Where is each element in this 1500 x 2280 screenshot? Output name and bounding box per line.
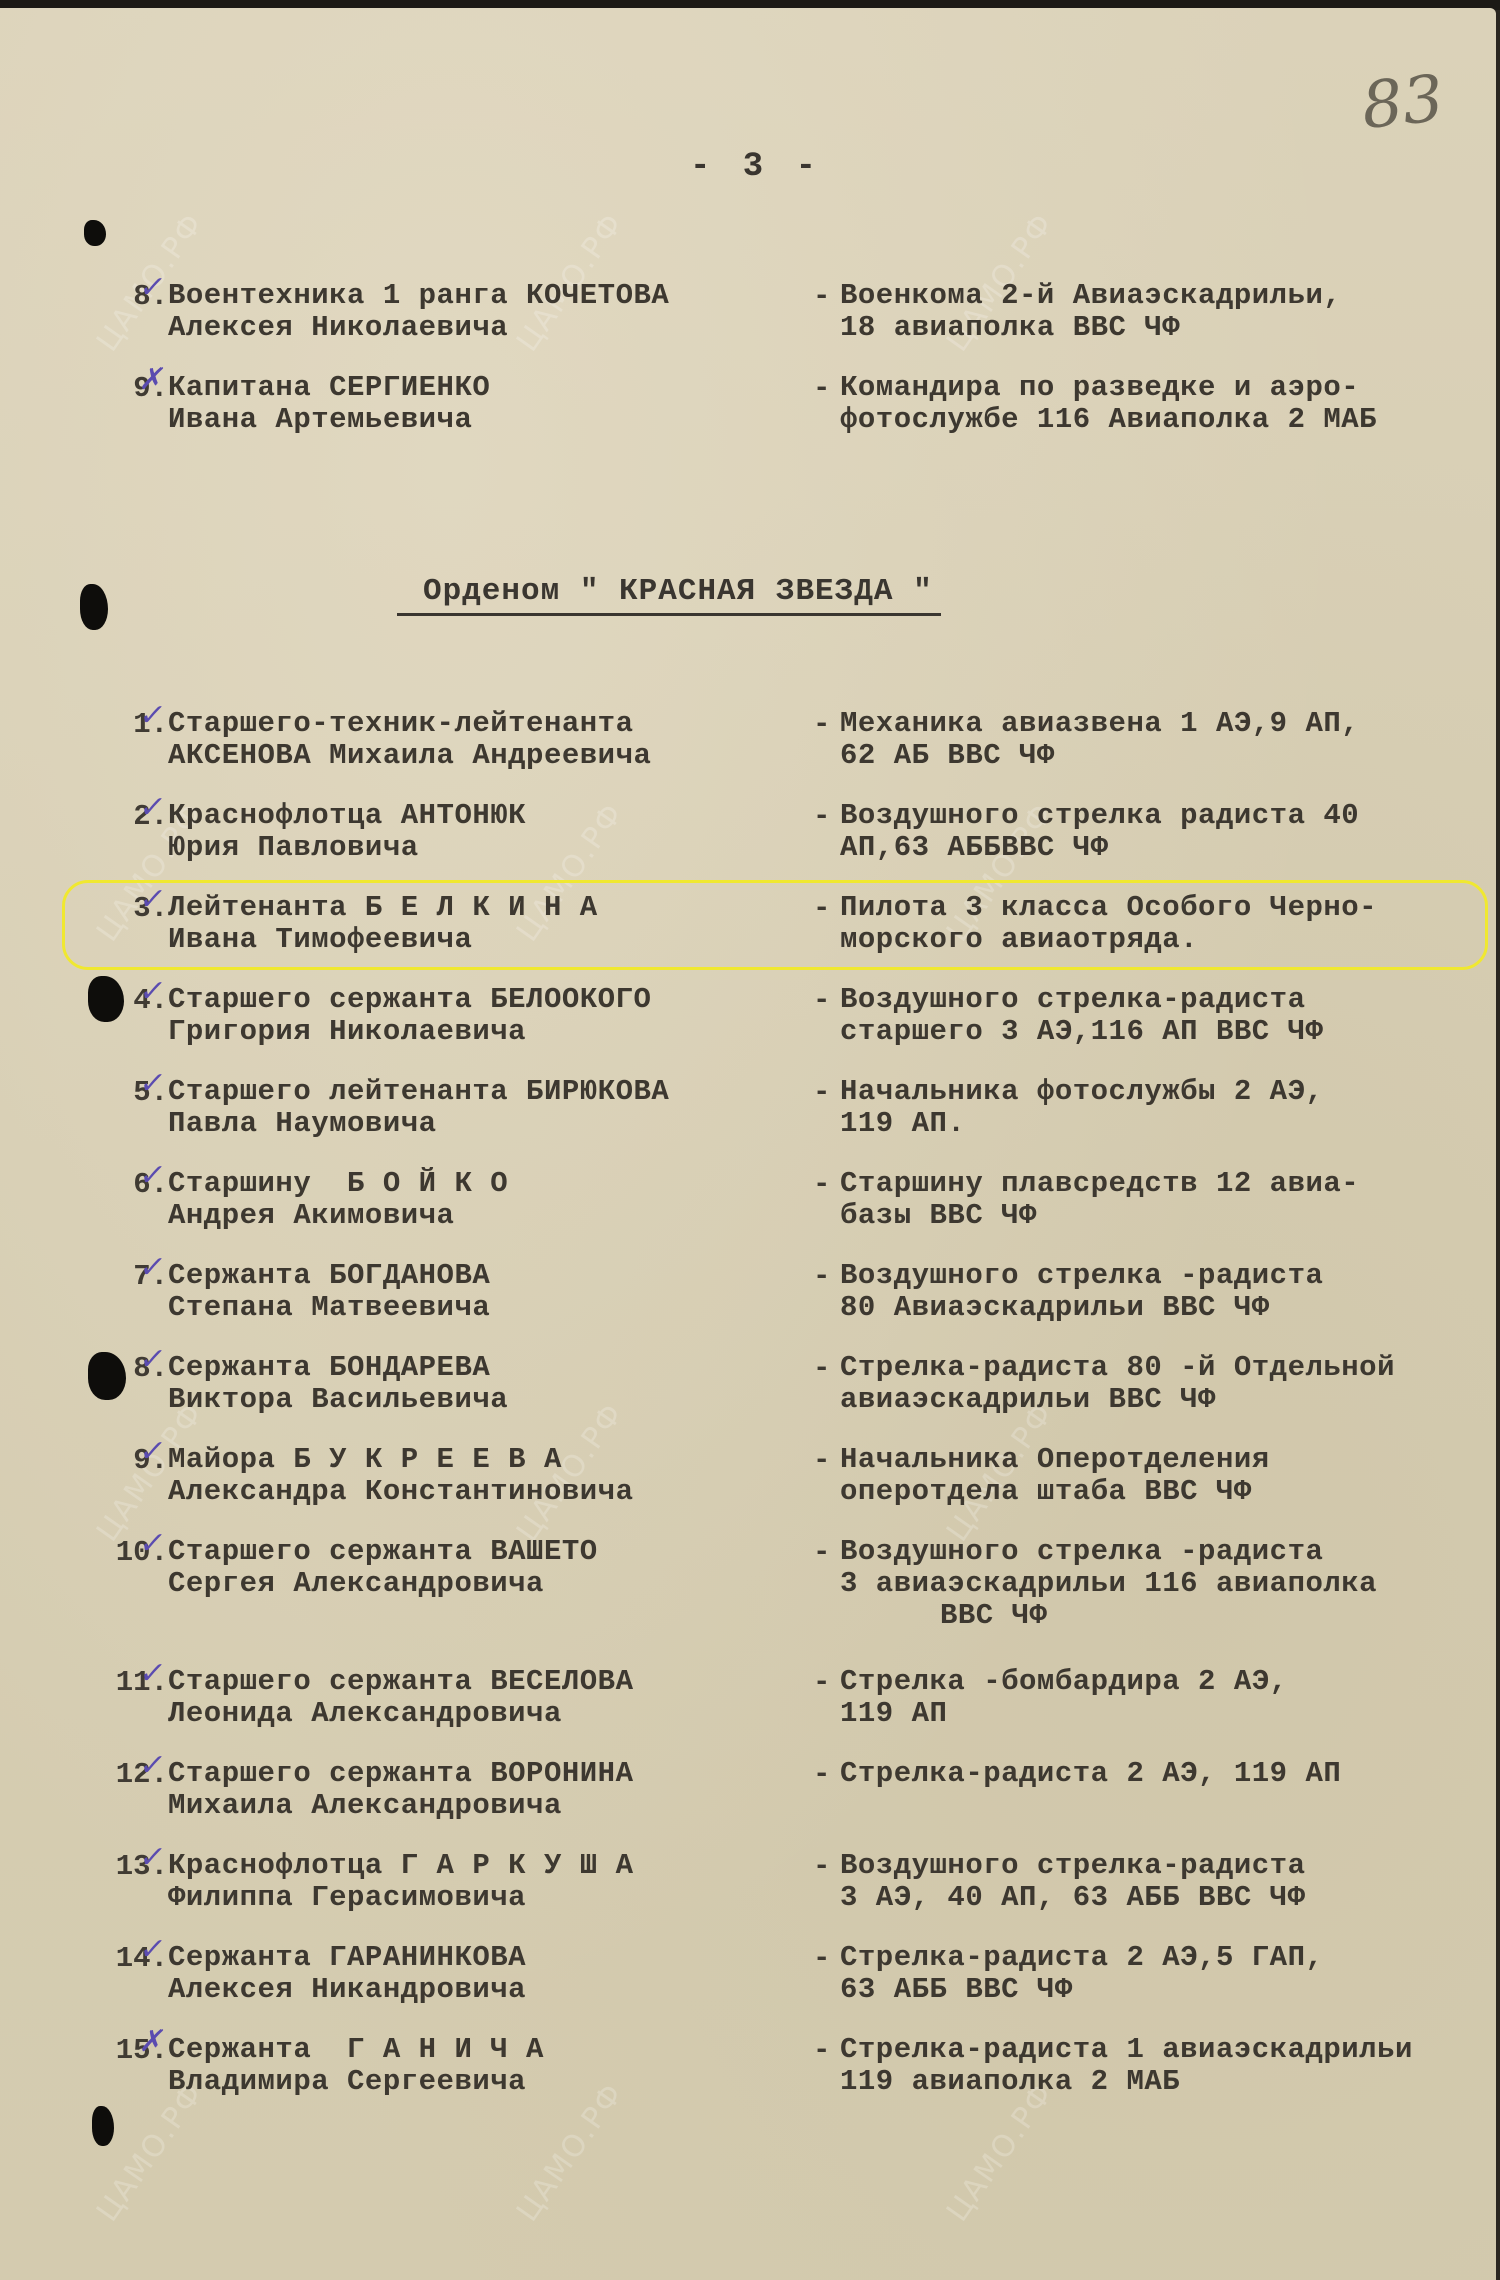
list-item: 9.✓Майора Б У К Р Е Е В А Александра Кон… bbox=[0, 1444, 1500, 1514]
entry-position: Стрелка-радиста 80 -й Отдельной авиаэска… bbox=[840, 1352, 1395, 1416]
separator-dash: - bbox=[813, 984, 830, 1017]
entry-name: Краснофлотца Г А Р К У Ш А Филиппа Герас… bbox=[168, 1850, 633, 1914]
entry-name: Сержанта ГАРАНИНКОВА Алексея Никандрович… bbox=[168, 1942, 526, 2006]
list-item: 12.✓Старшего сержанта ВОРОНИНА Михаила А… bbox=[0, 1758, 1500, 1828]
entry-name: Старшину Б О Й К О Андрея Акимовича bbox=[168, 1168, 508, 1232]
entry-position: Старшину плавсредств 12 авиа- базы ВВС Ч… bbox=[840, 1168, 1359, 1232]
list-item: 1.✓Старшего-техник-лейтенанта АКСЕНОВА М… bbox=[0, 708, 1500, 778]
separator-dash: - bbox=[813, 1076, 830, 1109]
separator-dash: - bbox=[813, 2034, 830, 2067]
list-item: 5.✓Старшего лейтенанта БИРЮКОВА Павла На… bbox=[0, 1076, 1500, 1146]
separator-dash: - bbox=[813, 800, 830, 833]
entry-position: Командира по разведке и аэро- фотослужбе… bbox=[840, 372, 1377, 436]
entry-name: Капитана СЕРГИЕНКО Ивана Артемьевича bbox=[168, 372, 490, 436]
entry-name: Старшего сержанта ВОРОНИНА Михаила Алекс… bbox=[168, 1758, 633, 1822]
entry-position: Механика авиазвена 1 АЭ,9 АП, 62 АБ ВВС … bbox=[840, 708, 1359, 772]
list-item: 3.✓Лейтенанта Б Е Л К И Н А Ивана Тимофе… bbox=[0, 892, 1500, 962]
entry-position: Начальника фотослужбы 2 АЭ, 119 АП. bbox=[840, 1076, 1323, 1140]
list-item: 8. ✓ Воентехника 1 ранга КОЧЕТОВА Алексе… bbox=[0, 280, 1500, 350]
entry-position: Стрелка-радиста 1 авиаэскадрильи 119 ави… bbox=[840, 2034, 1413, 2098]
entry-name: Майора Б У К Р Е Е В А Александра Конста… bbox=[168, 1444, 633, 1508]
list-item: 10.✓Старшего сержанта ВАШЕТО Сергея Алек… bbox=[0, 1536, 1500, 1606]
list-item: 9. ✗ Капитана СЕРГИЕНКО Ивана Артемьевич… bbox=[0, 372, 1500, 442]
separator-dash: - bbox=[813, 1536, 830, 1569]
punch-hole bbox=[92, 2106, 114, 2146]
separator-dash: - bbox=[813, 892, 830, 925]
folio-number: 83 bbox=[1358, 62, 1447, 144]
separator-dash: - bbox=[813, 372, 830, 405]
entry-position: Стрелка-радиста 2 АЭ, 119 АП bbox=[840, 1758, 1341, 1790]
entry-name: Краснофлотца АНТОНЮК Юрия Павловича bbox=[168, 800, 526, 864]
separator-dash: - bbox=[813, 1666, 830, 1699]
list-item: 8.✓Сержанта БОНДАРЕВА Виктора Васильевич… bbox=[0, 1352, 1500, 1422]
entry-name: Старшего сержанта БЕЛООКОГО Григория Ник… bbox=[168, 984, 651, 1048]
entry-position: Стрелка -бомбардира 2 АЭ, 119 АП bbox=[840, 1666, 1288, 1730]
entry-name: Старшего сержанта ВАШЕТО Сергея Александ… bbox=[168, 1536, 598, 1600]
separator-dash: - bbox=[813, 1942, 830, 1975]
entry-name: Воентехника 1 ранга КОЧЕТОВА Алексея Ник… bbox=[168, 280, 669, 344]
entry-name: Старшего сержанта ВЕСЕЛОВА Леонида Алекс… bbox=[168, 1666, 633, 1730]
punch-hole bbox=[84, 220, 106, 246]
separator-dash: - bbox=[813, 1352, 830, 1385]
list-item: 2.✓Краснофлотца АНТОНЮК Юрия Павловича-В… bbox=[0, 800, 1500, 870]
entry-name: Сержанта БОНДАРЕВА Виктора Васильевича bbox=[168, 1352, 508, 1416]
entry-position: Воздушного стрелка-радиста 3 АЭ, 40 АП, … bbox=[840, 1850, 1305, 1914]
list-item: 11.✓Старшего сержанта ВЕСЕЛОВА Леонида А… bbox=[0, 1666, 1500, 1736]
list-item: 7.✓Сержанта БОГДАНОВА Степана Матвеевича… bbox=[0, 1260, 1500, 1330]
list-item: 4.✓Старшего сержанта БЕЛООКОГО Григория … bbox=[0, 984, 1500, 1054]
separator-dash: - bbox=[813, 280, 830, 313]
entry-name: Старшего лейтенанта БИРЮКОВА Павла Наумо… bbox=[168, 1076, 669, 1140]
punch-hole bbox=[80, 584, 108, 630]
entry-position: Начальника Оперотделения оперотдела штаб… bbox=[840, 1444, 1270, 1508]
entry-name: Лейтенанта Б Е Л К И Н А Ивана Тимофееви… bbox=[168, 892, 598, 956]
separator-dash: - bbox=[813, 708, 830, 741]
document-page: ЦАМО.РФ ЦАМО.РФ ЦАМО.РФ ЦАМО.РФ ЦАМО.РФ … bbox=[0, 8, 1496, 2280]
separator-dash: - bbox=[813, 1850, 830, 1883]
list-item: 13.✓Краснофлотца Г А Р К У Ш А Филиппа Г… bbox=[0, 1850, 1500, 1920]
separator-dash: - bbox=[813, 1758, 830, 1791]
entry-position: Воздушного стрелка радиста 40 АП,63 АББВ… bbox=[840, 800, 1359, 864]
separator-dash: - bbox=[813, 1260, 830, 1293]
list-item: 14.✓Сержанта ГАРАНИНКОВА Алексея Никандр… bbox=[0, 1942, 1500, 2012]
page-number: - 3 - bbox=[690, 148, 822, 186]
section-title: Орденом " КРАСНАЯ ЗВЕЗДА " bbox=[397, 574, 941, 616]
entry-name: Сержанта БОГДАНОВА Степана Матвеевича bbox=[168, 1260, 490, 1324]
entry-position: Военкома 2-й Авиаэскадрильи, 18 авиаполк… bbox=[840, 280, 1341, 344]
separator-dash: - bbox=[813, 1444, 830, 1477]
entry-name: Сержанта Г А Н И Ч А Владимира Сергеевич… bbox=[168, 2034, 544, 2098]
list-item: 6.✓Старшину Б О Й К О Андрея Акимовича-С… bbox=[0, 1168, 1500, 1238]
separator-dash: - bbox=[813, 1168, 830, 1201]
entry-position: Воздушного стрелка-радиста старшего 3 АЭ… bbox=[840, 984, 1323, 1048]
entry-position: Воздушного стрелка -радиста 3 авиаэскадр… bbox=[840, 1536, 1377, 1632]
entry-name: Старшего-техник-лейтенанта АКСЕНОВА Миха… bbox=[168, 708, 651, 772]
entry-position: Стрелка-радиста 2 АЭ,5 ГАП, 63 АББ ВВС Ч… bbox=[840, 1942, 1323, 2006]
list-item: 15.✗Сержанта Г А Н И Ч А Владимира Серге… bbox=[0, 2034, 1500, 2104]
entry-position: Пилота 3 класса Особого Черно- морского … bbox=[840, 892, 1377, 956]
entry-position: Воздушного стрелка -радиста 80 Авиаэскад… bbox=[840, 1260, 1323, 1324]
